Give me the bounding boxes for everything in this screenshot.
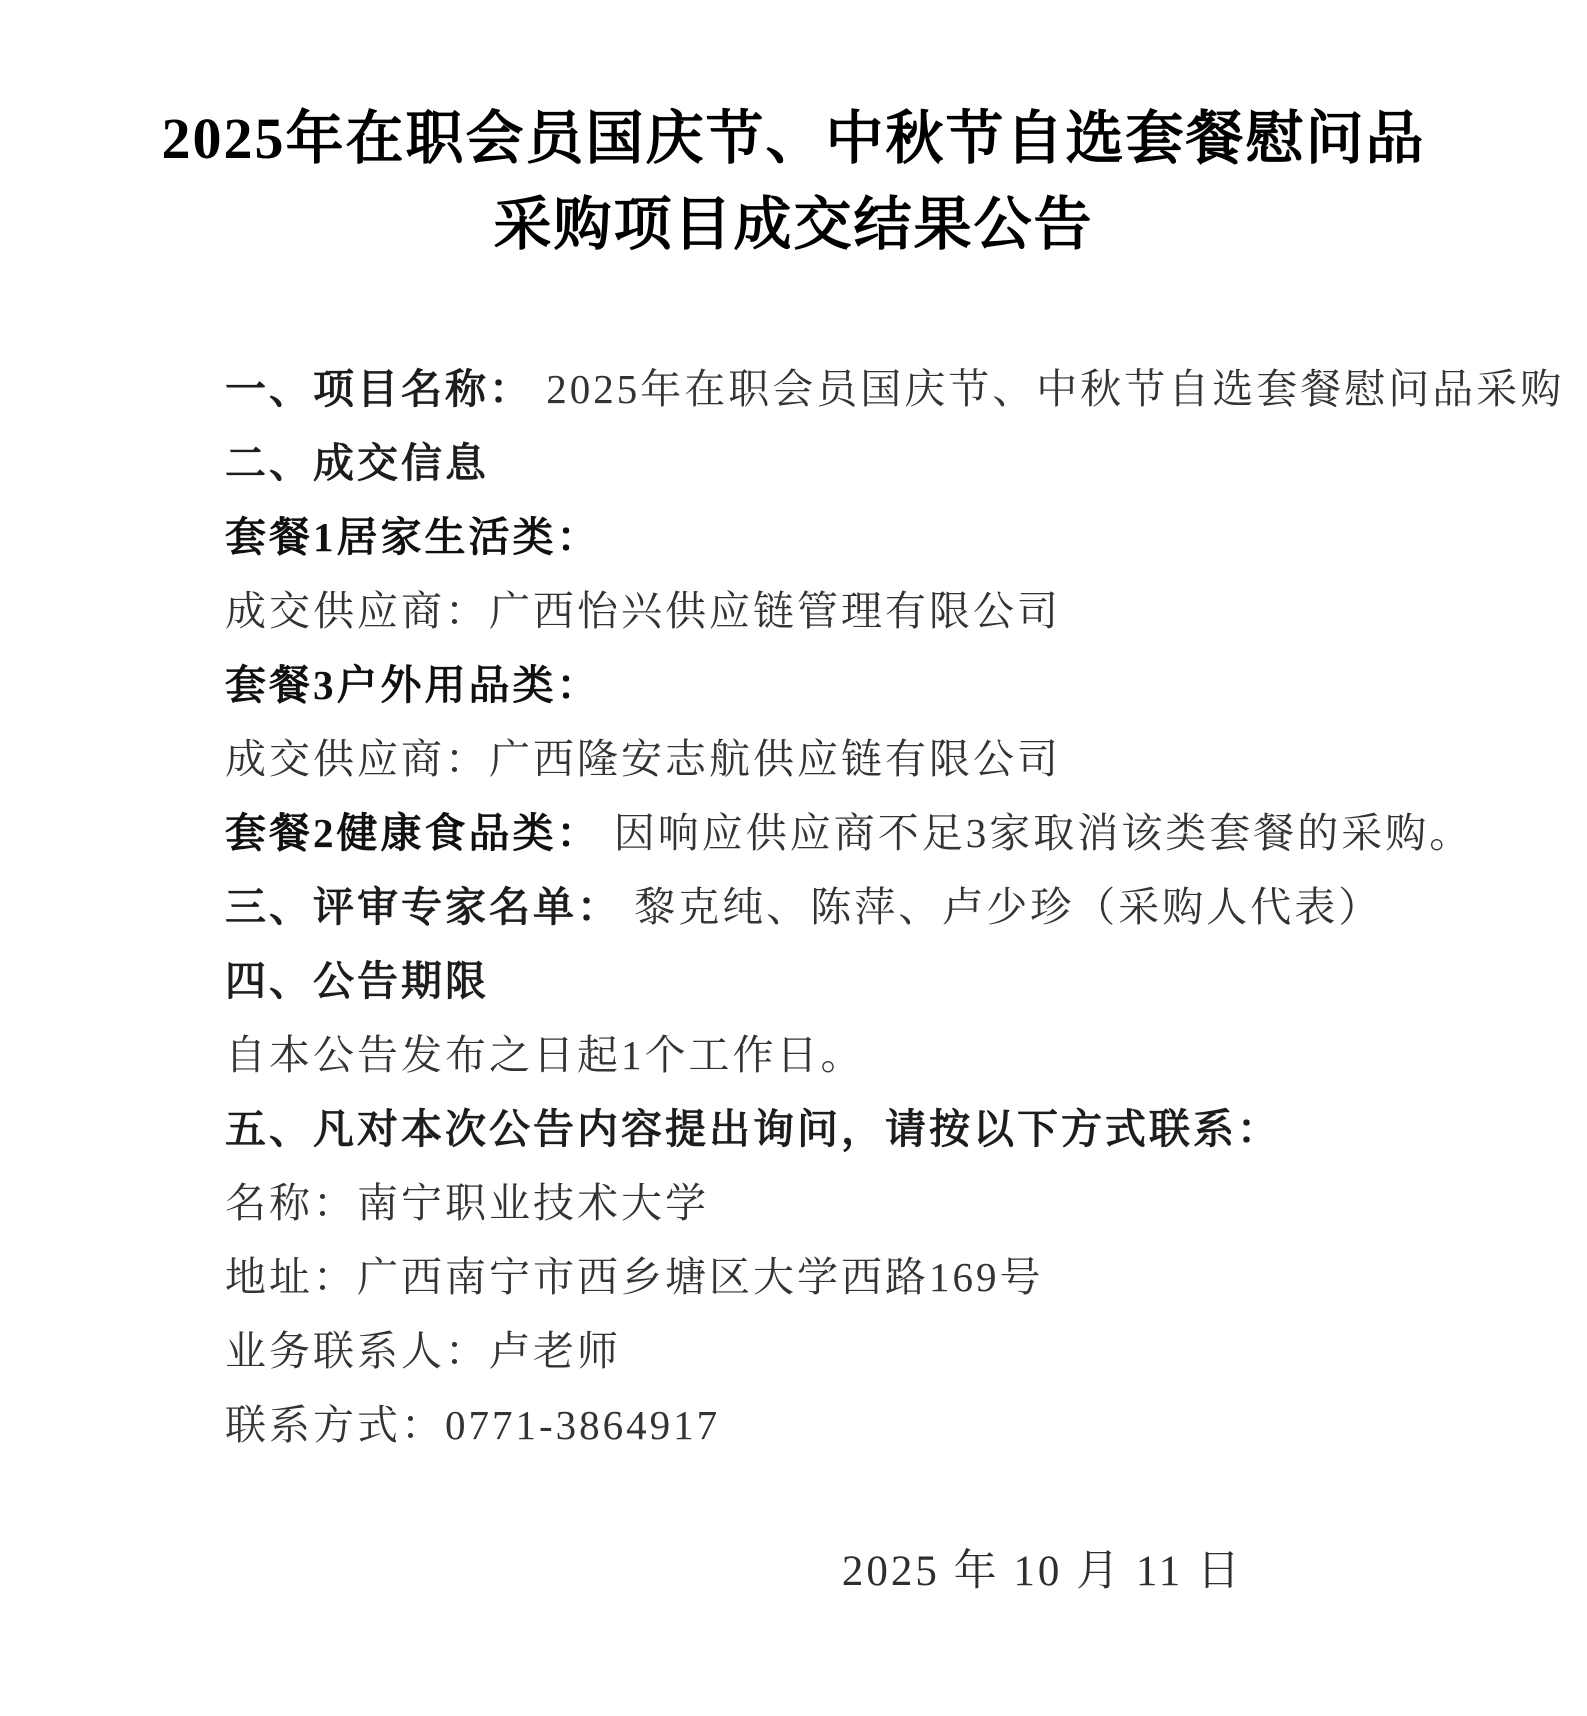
contact-address-text: 地址：广西南宁市西乡塘区大学西路169号 — [225, 1254, 1044, 1300]
section-experts-names: 黎克纯、陈萍、卢少珍（采购人代表） — [634, 884, 1382, 930]
package-1-heading: 套餐1居家生活类： — [225, 500, 1587, 574]
contact-address: 地址：广西南宁市西乡塘区大学西路169号 — [225, 1240, 1587, 1314]
package-1-supplier: 成交供应商：广西怡兴供应链管理有限公司 — [225, 574, 1587, 648]
section-project-name-value: 2025年在职会员国庆节、中秋节自选套餐慰问品采购 — [546, 366, 1564, 412]
package-3-supplier-text: 成交供应商：广西隆安志航供应链有限公司 — [225, 736, 1061, 782]
package-1-heading-label: 套餐1居家生活类： — [225, 514, 601, 560]
document-body: 一、项目名称： 2025年在职会员国庆节、中秋节自选套餐慰问品采购 二、成交信息… — [0, 352, 1587, 1462]
package-2-cancellation-label: 套餐2健康食品类： — [225, 810, 601, 856]
section-project-name: 一、项目名称： 2025年在职会员国庆节、中秋节自选套餐慰问品采购 — [225, 352, 1587, 426]
package-2-cancellation-text: 因响应供应商不足3家取消该类套餐的采购。 — [614, 810, 1474, 856]
document-title-line-1: 2025年在职会员国庆节、中秋节自选套餐慰问品 — [0, 96, 1587, 182]
package-3-heading: 套餐3户外用品类： — [225, 648, 1587, 722]
contact-phone: 联系方式：0771-3864917 — [225, 1388, 1587, 1462]
contact-person: 业务联系人：卢老师 — [225, 1314, 1587, 1388]
document-title-line-2: 采购项目成交结果公告 — [0, 182, 1587, 268]
section-experts-label: 三、评审专家名单： — [225, 884, 621, 930]
package-1-supplier-text: 成交供应商：广西怡兴供应链管理有限公司 — [225, 588, 1061, 634]
section-announcement-period: 四、公告期限 — [225, 944, 1587, 1018]
announcement-period-value: 自本公告发布之日起1个工作日。 — [225, 1032, 865, 1078]
contact-name: 名称：南宁职业技术大学 — [225, 1166, 1587, 1240]
announcement-period-text: 自本公告发布之日起1个工作日。 — [225, 1018, 1587, 1092]
package-3-supplier: 成交供应商：广西隆安志航供应链有限公司 — [225, 722, 1587, 796]
section-deal-info-label: 二、成交信息 — [225, 440, 489, 486]
section-contact-label: 五、凡对本次公告内容提出询问，请按以下方式联系： — [225, 1106, 1281, 1152]
contact-phone-text: 联系方式：0771-3864917 — [225, 1402, 720, 1448]
package-3-heading-label: 套餐3户外用品类： — [225, 662, 601, 708]
section-deal-info: 二、成交信息 — [225, 426, 1587, 500]
package-2-cancellation: 套餐2健康食品类： 因响应供应商不足3家取消该类套餐的采购。 — [225, 796, 1587, 870]
section-announcement-period-label: 四、公告期限 — [225, 958, 489, 1004]
announcement-document: 2025年在职会员国庆节、中秋节自选套餐慰问品 采购项目成交结果公告 一、项目名… — [0, 0, 1587, 1716]
contact-name-text: 名称：南宁职业技术大学 — [225, 1180, 709, 1226]
section-experts: 三、评审专家名单： 黎克纯、陈萍、卢少珍（采购人代表） — [225, 870, 1587, 944]
section-project-name-label: 一、项目名称： — [225, 366, 533, 412]
document-title: 2025年在职会员国庆节、中秋节自选套餐慰问品 采购项目成交结果公告 — [0, 0, 1587, 268]
contact-person-text: 业务联系人：卢老师 — [225, 1328, 621, 1374]
section-contact: 五、凡对本次公告内容提出询问，请按以下方式联系： — [225, 1092, 1587, 1166]
publish-date: 2025 年 10 月 11 日 — [0, 1547, 1587, 1597]
